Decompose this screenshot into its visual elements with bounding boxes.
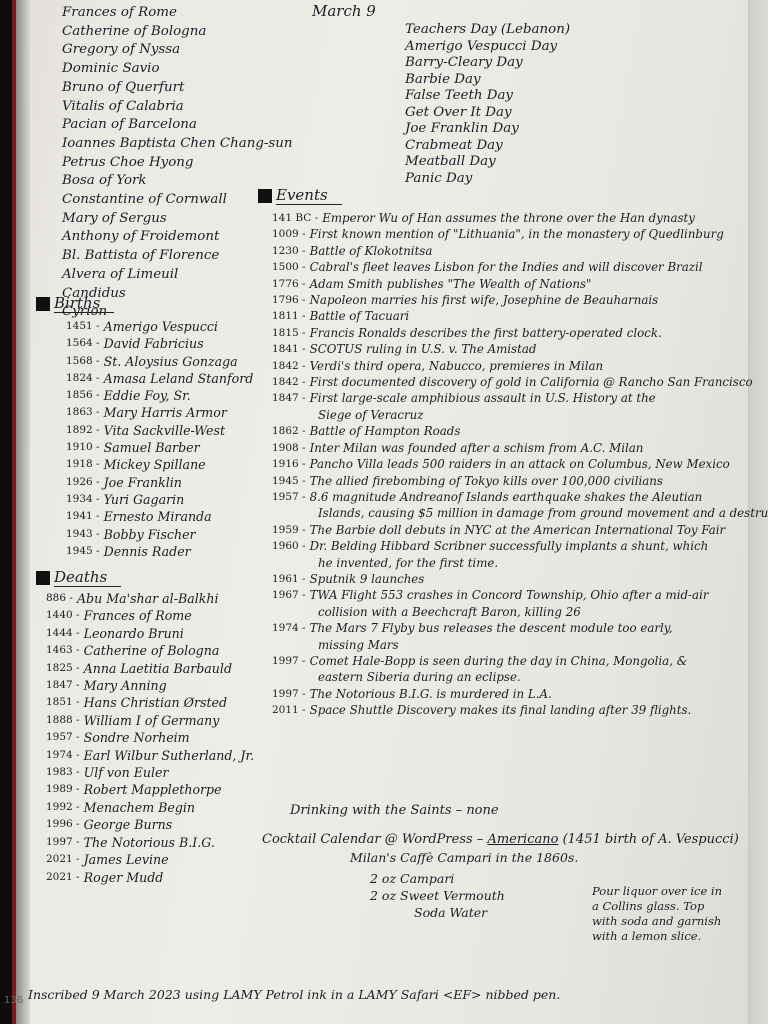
birth-item: 1824 -Amasa Leland Stanford xyxy=(66,370,253,387)
event-item: 1916 -Pancho Villa leads 500 raiders in … xyxy=(272,456,768,472)
cocktail-ingredients: 2 oz Campari 2 oz Sweet Vermouth Soda Wa… xyxy=(370,870,505,921)
entry-text: Vita Sackville-West xyxy=(104,422,225,439)
births-list: 1451 -Amerigo Vespucci1564 -David Fabric… xyxy=(66,318,253,560)
death-item: 1851 -Hans Christian Ørsted xyxy=(46,694,254,711)
saint-item: Bruno of Querfurt xyxy=(62,79,293,98)
cocktail-name: Americano xyxy=(487,832,558,847)
entry-text: Amasa Leland Stanford xyxy=(104,370,254,387)
event-item: 1842 -Verdi's third opera, Nabucco, prem… xyxy=(272,358,768,374)
event-item: 1842 -First documented discovery of gold… xyxy=(272,374,768,390)
year: 1009 - xyxy=(272,226,306,242)
year: 1957 - xyxy=(46,729,80,746)
year: 1863 - xyxy=(66,404,100,421)
year: 1564 - xyxy=(66,335,100,352)
birth-item: 1926 -Joe Franklin xyxy=(66,474,253,491)
birth-item: 1934 -Yuri Gagarin xyxy=(66,491,253,508)
birth-item: 1568 -St. Aloysius Gonzaga xyxy=(66,353,253,370)
event-item: 1796 -Napoleon marries his first wife, J… xyxy=(272,292,768,308)
event-item: 1945 -The allied firebombing of Tokyo ki… xyxy=(272,473,768,489)
entry-text: Battle of Klokotnitsa xyxy=(310,243,433,259)
year: 1918 - xyxy=(66,456,100,473)
year: 1776 - xyxy=(272,276,306,292)
holiday-item: Meatball Day xyxy=(405,154,570,171)
event-item: 1961 -Sputnik 9 launches xyxy=(272,571,768,587)
saint-item: Anthony of Froidemont xyxy=(62,228,293,247)
entry-continuation: Islands, causing $5 million in damage fr… xyxy=(272,505,768,521)
entry-continuation: eastern Siberia during an eclipse. xyxy=(272,669,768,685)
year: 1463 - xyxy=(46,642,80,659)
holiday-item: Panic Day xyxy=(405,171,570,188)
holiday-item: False Teeth Day xyxy=(405,88,570,105)
holiday-item: Barbie Day xyxy=(405,72,570,89)
section-marker-icon xyxy=(36,571,50,585)
holiday-item: Teachers Day (Lebanon) xyxy=(405,22,570,39)
year: 1997 - xyxy=(272,686,306,702)
entry-text: Francis Ronalds describes the first batt… xyxy=(310,325,662,341)
page-date-title: March 9 xyxy=(312,2,376,20)
events-list: 141 BC -Emperor Wu of Han assumes the th… xyxy=(272,210,768,719)
drinking-with-saints: Drinking with the Saints – none xyxy=(290,803,499,818)
book-cover-edge xyxy=(0,0,12,1024)
event-item: 1776 -Adam Smith publishes "The Wealth o… xyxy=(272,276,768,292)
year: 1957 - xyxy=(272,489,306,505)
year: 1945 - xyxy=(272,473,306,489)
births-heading: Births xyxy=(36,294,114,313)
year: 1960 - xyxy=(272,538,306,554)
death-item: 1825 -Anna Laetitia Barbauld xyxy=(46,660,254,677)
year: 1941 - xyxy=(66,508,100,525)
event-item: 1908 -Inter Milan was founded after a sc… xyxy=(272,440,768,456)
year: 1926 - xyxy=(66,474,100,491)
saints-list: Frances of RomeCatherine of BolognaGrego… xyxy=(62,4,293,322)
event-item: 1841 -SCOTUS ruling in U.S. v. The Amist… xyxy=(272,341,768,357)
saint-item: Vitalis of Calabria xyxy=(62,98,293,117)
entry-text: Yuri Gagarin xyxy=(104,491,185,508)
entry-text: Space Shuttle Discovery makes its final … xyxy=(310,702,692,718)
section-marker-icon xyxy=(258,189,272,203)
entry-text: The Barbie doll debuts in NYC at the Ame… xyxy=(310,522,726,538)
entry-text: Leonardo Bruni xyxy=(84,625,184,642)
entry-text: Eddie Foy, Sr. xyxy=(104,387,191,404)
journal-page: March 9 Frances of RomeCatherine of Bolo… xyxy=(0,0,768,1024)
entry-text: Comet Hale-Bopp is seen during the day i… xyxy=(310,653,688,669)
holiday-item: Barry-Cleary Day xyxy=(405,55,570,72)
event-item: 1997 -Comet Hale-Bopp is seen during the… xyxy=(272,653,768,669)
event-item: 1811 -Battle of Tacuari xyxy=(272,308,768,324)
saint-item: Petrus Choe Hyong xyxy=(62,154,293,173)
holidays-list: Teachers Day (Lebanon)Amerigo Vespucci D… xyxy=(405,22,570,187)
death-item: 1957 -Sondre Norheim xyxy=(46,729,254,746)
death-item: 1974 -Earl Wilbur Sutherland, Jr. xyxy=(46,747,254,764)
entry-text: SCOTUS ruling in U.S. v. The Amistad xyxy=(310,341,537,357)
entry-text: Dr. Belding Hibbard Scribner successfull… xyxy=(310,538,709,554)
year: 1983 - xyxy=(46,764,80,781)
section-marker-icon xyxy=(36,297,50,311)
entry-continuation: missing Mars xyxy=(272,637,768,653)
saint-item: Bl. Battista of Florence xyxy=(62,247,293,266)
death-item: 1440 -Frances of Rome xyxy=(46,607,254,624)
entry-text: Battle of Hampton Roads xyxy=(310,423,461,439)
event-item: 1847 -First large-scale amphibious assau… xyxy=(272,390,768,406)
entry-text: Abu Ma'shar al-Balkhi xyxy=(77,590,219,607)
deaths-list: 886 -Abu Ma'shar al-Balkhi1440 -Frances … xyxy=(46,590,254,886)
year: 1851 - xyxy=(46,694,80,711)
event-item: 1009 -First known mention of "Lithuania"… xyxy=(272,226,768,242)
event-item: 1967 -TWA Flight 553 crashes in Concord … xyxy=(272,587,768,603)
entry-text: Verdi's third opera, Nabucco, premieres … xyxy=(310,358,604,374)
entry-text: Ulf von Euler xyxy=(84,764,169,781)
entry-text: Frances of Rome xyxy=(84,607,192,624)
saint-item: Mary of Sergus xyxy=(62,210,293,229)
event-item: 2011 -Space Shuttle Discovery makes its … xyxy=(272,702,768,718)
year: 1841 - xyxy=(272,341,306,357)
event-item: 1862 -Battle of Hampton Roads xyxy=(272,423,768,439)
holiday-item: Get Over It Day xyxy=(405,105,570,122)
birth-item: 1943 -Bobby Fischer xyxy=(66,526,253,543)
entry-text: George Burns xyxy=(84,816,173,833)
birth-item: 1564 -David Fabricius xyxy=(66,335,253,352)
year: 1908 - xyxy=(272,440,306,456)
entry-text: Menachem Begin xyxy=(84,799,195,816)
entry-text: The Notorious B.I.G. is murdered in L.A. xyxy=(310,686,552,702)
birth-item: 1945 -Dennis Rader xyxy=(66,543,253,560)
entry-text: Mary Anning xyxy=(84,677,167,694)
saint-item: Alvera of Limeuil xyxy=(62,266,293,285)
year: 1997 - xyxy=(272,653,306,669)
year: 1842 - xyxy=(272,358,306,374)
saint-item: Pacian of Barcelona xyxy=(62,116,293,135)
birth-item: 1863 -Mary Harris Armor xyxy=(66,404,253,421)
cocktail-title: Cocktail Calendar @ WordPress – American… xyxy=(262,832,739,847)
saint-item: Ioannes Baptista Chen Chang-sun xyxy=(62,135,293,154)
entry-text: Inter Milan was founded after a schism f… xyxy=(310,440,644,456)
page-number: 136 xyxy=(4,995,23,1006)
cocktail-instructions: Pour liquor over ice in a Collins glass.… xyxy=(592,884,732,944)
entry-text: James Levine xyxy=(84,851,169,868)
entry-text: The Mars 7 Flyby bus releases the descen… xyxy=(310,620,673,636)
saint-item: Catherine of Bologna xyxy=(62,23,293,42)
entry-text: Adam Smith publishes "The Wealth of Nati… xyxy=(310,276,592,292)
ingredient: Soda Water xyxy=(370,904,505,921)
birth-item: 1856 -Eddie Foy, Sr. xyxy=(66,387,253,404)
ingredient: 2 oz Campari xyxy=(370,870,505,887)
entry-text: Cabral's fleet leaves Lisbon for the Ind… xyxy=(310,259,703,275)
entry-text: Mickey Spillane xyxy=(104,456,206,473)
event-item: 1500 -Cabral's fleet leaves Lisbon for t… xyxy=(272,259,768,275)
year: 1974 - xyxy=(46,747,80,764)
entry-text: Mary Harris Armor xyxy=(104,404,227,421)
year: 1974 - xyxy=(272,620,306,636)
entry-text: 8.6 magnitude Andreanof Islands earthqua… xyxy=(310,489,703,505)
entry-continuation: Siege of Veracruz xyxy=(272,407,768,423)
saint-item: Frances of Rome xyxy=(62,4,293,23)
ingredient: 2 oz Sweet Vermouth xyxy=(370,887,505,904)
entry-text: Sondre Norheim xyxy=(84,729,190,746)
entry-text: William I of Germany xyxy=(84,712,220,729)
entry-text: First large-scale amphibious assault in … xyxy=(310,390,656,406)
year: 1825 - xyxy=(46,660,80,677)
saint-item: Dominic Savio xyxy=(62,60,293,79)
year: 1230 - xyxy=(272,243,306,259)
year: 1910 - xyxy=(66,439,100,456)
entry-text: Joe Franklin xyxy=(104,474,182,491)
birth-item: 1910 -Samuel Barber xyxy=(66,439,253,456)
entry-continuation: he invented, for the first time. xyxy=(272,555,768,571)
cocktail-origin: Milan's Caffè Campari in the 1860s. xyxy=(350,850,578,865)
year: 1992 - xyxy=(46,799,80,816)
deaths-heading: Deaths xyxy=(36,568,121,587)
event-item: 1997 -The Notorious B.I.G. is murdered i… xyxy=(272,686,768,702)
year: 1888 - xyxy=(46,712,80,729)
birth-item: 1451 -Amerigo Vespucci xyxy=(66,318,253,335)
year: 1796 - xyxy=(272,292,306,308)
entry-text: Pancho Villa leads 500 raiders in an att… xyxy=(310,456,730,472)
death-item: 1989 -Robert Mapplethorpe xyxy=(46,781,254,798)
year: 2021 - xyxy=(46,869,80,886)
death-item: 2021 -Roger Mudd xyxy=(46,869,254,886)
entry-text: Roger Mudd xyxy=(84,869,164,886)
death-item: 1997 -The Notorious B.I.G. xyxy=(46,834,254,851)
year: 1815 - xyxy=(272,325,306,341)
year: 1934 - xyxy=(66,491,100,508)
entry-text: The allied firebombing of Tokyo kills ov… xyxy=(310,473,663,489)
year: 1916 - xyxy=(272,456,306,472)
events-heading: Events xyxy=(258,186,342,205)
entry-text: Napoleon marries his first wife, Josephi… xyxy=(310,292,659,308)
entry-text: St. Aloysius Gonzaga xyxy=(104,353,238,370)
year: 2021 - xyxy=(46,851,80,868)
entry-text: Earl Wilbur Sutherland, Jr. xyxy=(84,747,255,764)
entry-text: Amerigo Vespucci xyxy=(104,318,218,335)
year: 1892 - xyxy=(66,422,100,439)
entry-text: Anna Laetitia Barbauld xyxy=(84,660,232,677)
year: 1967 - xyxy=(272,587,306,603)
inscription-footer: Inscribed 9 March 2023 using LAMY Petrol… xyxy=(28,987,560,1002)
year: 1989 - xyxy=(46,781,80,798)
death-item: 1463 -Catherine of Bologna xyxy=(46,642,254,659)
year: 1847 - xyxy=(272,390,306,406)
year: 1440 - xyxy=(46,607,80,624)
year: 1862 - xyxy=(272,423,306,439)
death-item: 1847 -Mary Anning xyxy=(46,677,254,694)
year: 1997 - xyxy=(46,834,80,851)
entry-text: Ernesto Miranda xyxy=(104,508,212,525)
death-item: 1992 -Menachem Begin xyxy=(46,799,254,816)
year: 1996 - xyxy=(46,816,80,833)
year: 1811 - xyxy=(272,308,306,324)
event-item: 1974 -The Mars 7 Flyby bus releases the … xyxy=(272,620,768,636)
event-item: 141 BC -Emperor Wu of Han assumes the th… xyxy=(272,210,768,226)
death-item: 1888 -William I of Germany xyxy=(46,712,254,729)
death-item: 886 -Abu Ma'shar al-Balkhi xyxy=(46,590,254,607)
year: 1945 - xyxy=(66,543,100,560)
entry-text: Samuel Barber xyxy=(104,439,200,456)
death-item: 1996 -George Burns xyxy=(46,816,254,833)
year: 1959 - xyxy=(272,522,306,538)
birth-item: 1941 -Ernesto Miranda xyxy=(66,508,253,525)
holiday-item: Crabmeat Day xyxy=(405,138,570,155)
event-item: 1959 -The Barbie doll debuts in NYC at t… xyxy=(272,522,768,538)
death-item: 1983 -Ulf von Euler xyxy=(46,764,254,781)
year: 1842 - xyxy=(272,374,306,390)
entry-text: First documented discovery of gold in Ca… xyxy=(310,374,753,390)
entry-text: The Notorious B.I.G. xyxy=(84,834,215,851)
event-item: 1957 -8.6 magnitude Andreanof Islands ea… xyxy=(272,489,768,505)
year: 886 - xyxy=(46,590,73,607)
entry-text: Bobby Fischer xyxy=(104,526,196,543)
death-item: 1444 -Leonardo Bruni xyxy=(46,625,254,642)
entry-text: Robert Mapplethorpe xyxy=(84,781,222,798)
entry-text: Dennis Rader xyxy=(104,543,191,560)
year: 1451 - xyxy=(66,318,100,335)
year: 1961 - xyxy=(272,571,306,587)
entry-continuation: collision with a Beechcraft Baron, killi… xyxy=(272,604,768,620)
year: 1856 - xyxy=(66,387,100,404)
entry-text: Catherine of Bologna xyxy=(84,642,220,659)
year: 1500 - xyxy=(272,259,306,275)
year: 1847 - xyxy=(46,677,80,694)
entry-text: David Fabricius xyxy=(104,335,204,352)
saint-item: Gregory of Nyssa xyxy=(62,41,293,60)
holiday-item: Amerigo Vespucci Day xyxy=(405,39,570,56)
event-item: 1960 -Dr. Belding Hibbard Scribner succe… xyxy=(272,538,768,554)
year: 1943 - xyxy=(66,526,100,543)
year: 2011 - xyxy=(272,702,306,718)
entry-text: Sputnik 9 launches xyxy=(310,571,425,587)
year: 1568 - xyxy=(66,353,100,370)
entry-text: TWA Flight 553 crashes in Concord Townsh… xyxy=(310,587,709,603)
birth-item: 1918 -Mickey Spillane xyxy=(66,456,253,473)
event-item: 1815 -Francis Ronalds describes the firs… xyxy=(272,325,768,341)
death-item: 2021 -James Levine xyxy=(46,851,254,868)
year: 141 BC - xyxy=(272,210,318,226)
holiday-item: Joe Franklin Day xyxy=(405,121,570,138)
entry-text: Emperor Wu of Han assumes the throne ove… xyxy=(322,210,695,226)
entry-text: First known mention of "Lithuania", in t… xyxy=(310,226,724,242)
gutter-shadow xyxy=(16,0,30,1024)
year: 1824 - xyxy=(66,370,100,387)
year: 1444 - xyxy=(46,625,80,642)
birth-item: 1892 -Vita Sackville-West xyxy=(66,422,253,439)
entry-text: Battle of Tacuari xyxy=(310,308,410,324)
event-item: 1230 -Battle of Klokotnitsa xyxy=(272,243,768,259)
entry-text: Hans Christian Ørsted xyxy=(84,694,227,711)
